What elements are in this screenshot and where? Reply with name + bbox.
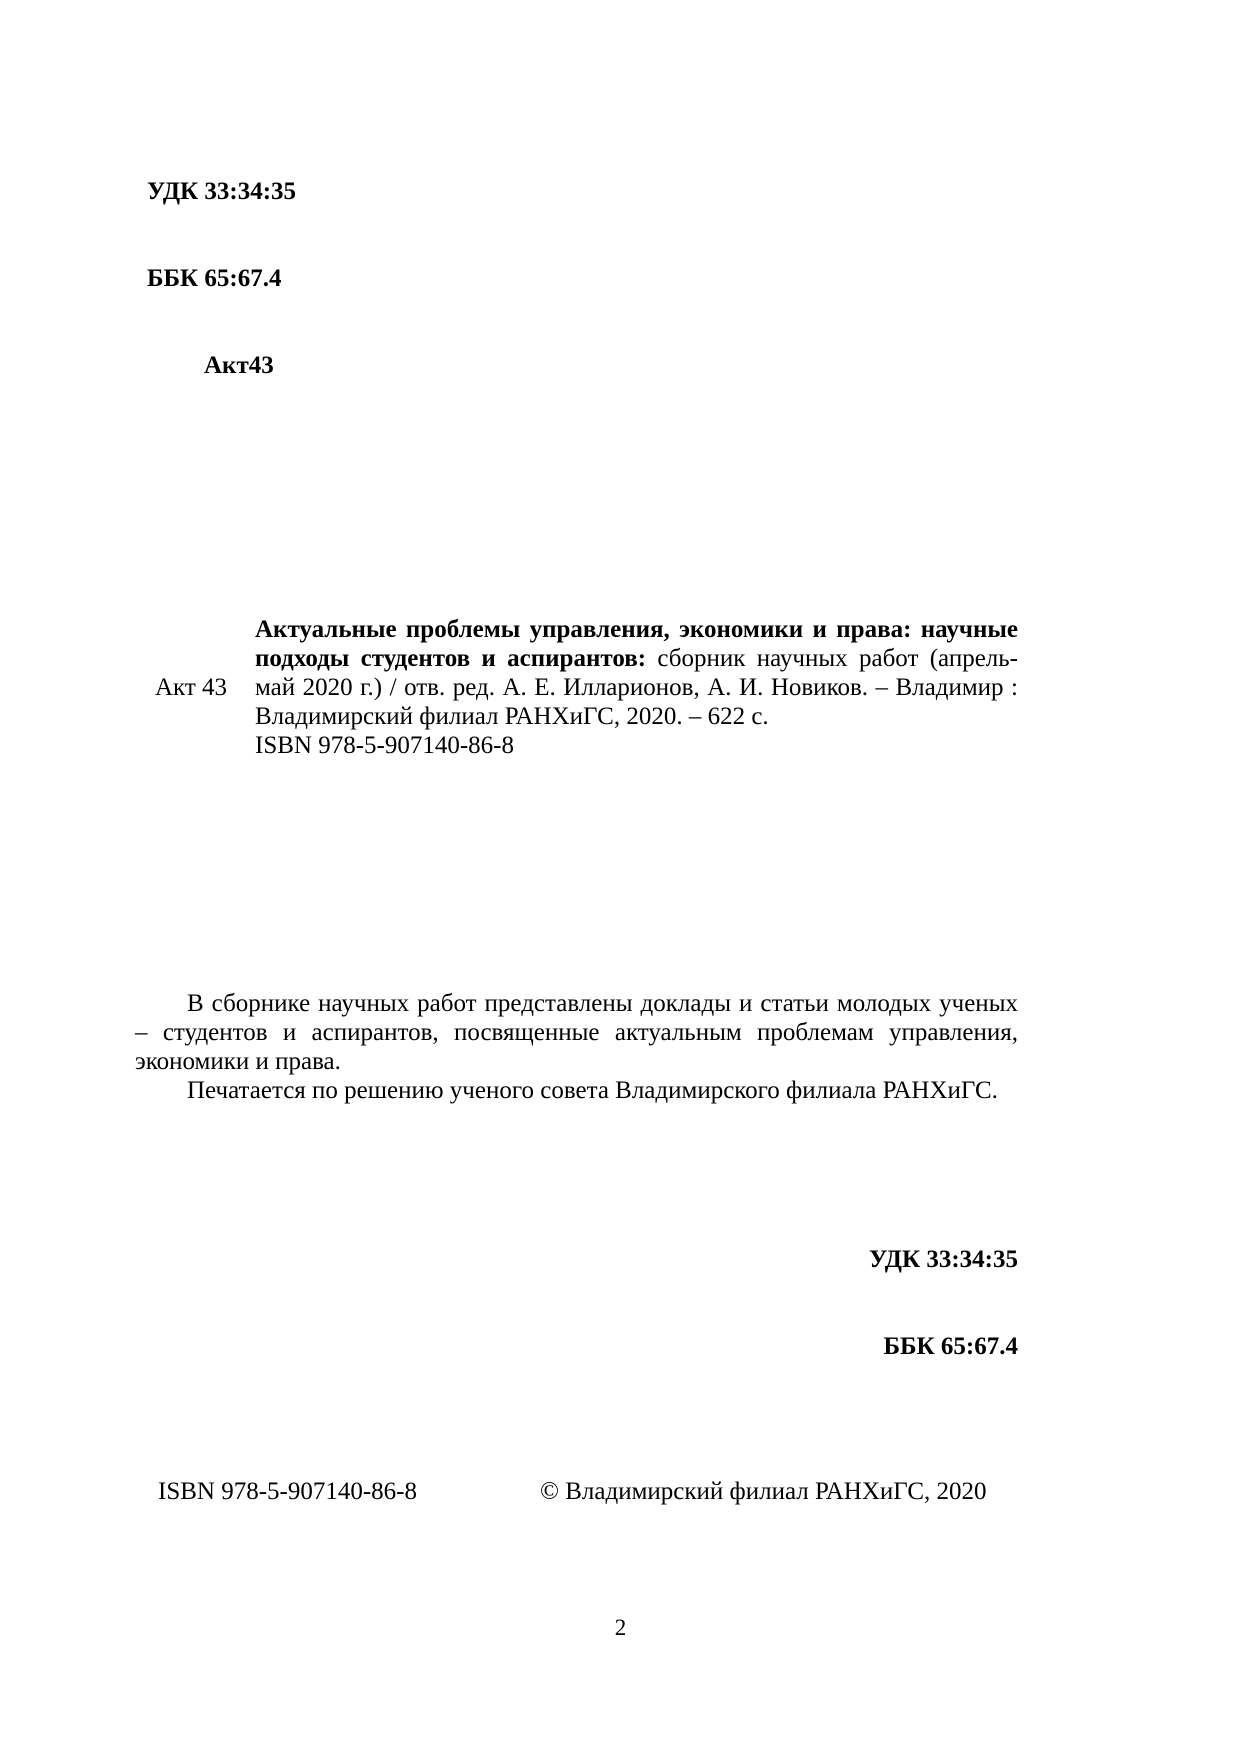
copyright-notice: © Владимирский филиал РАНХиГС, 2020 bbox=[540, 1477, 987, 1506]
annotation-block: В сборнике научных работ представлены до… bbox=[135, 989, 1018, 1105]
akt-code: Акт43 bbox=[147, 351, 296, 380]
imprint-isbn: ISBN 978-5-907140-86-8 bbox=[158, 1477, 417, 1506]
udc-block-top: УДК 33:34:35 ББК 65:67.4 Акт43 bbox=[147, 119, 296, 438]
imprint-line: ISBN 978-5-907140-86-8 © Владимирский фи… bbox=[0, 1477, 1241, 1506]
annotation-paragraph-2: Печатается по решению ученого совета Вла… bbox=[135, 1076, 1018, 1105]
document-page: УДК 33:34:35 ББК 65:67.4 Акт43 Акт 43 Ак… bbox=[0, 0, 1241, 1754]
page-number: 2 bbox=[0, 1613, 1241, 1642]
annotation-paragraph-1: В сборнике научных работ представлены до… bbox=[135, 989, 1018, 1076]
udc-block-right: УДК 33:34:35 ББК 65:67.4 bbox=[869, 1187, 1018, 1419]
bbk-code-right: ББК 65:67.4 bbox=[869, 1332, 1018, 1361]
bibliographic-entry: Акт 43 Актуальные проблемы управления, э… bbox=[150, 615, 1018, 760]
bbk-code: ББК 65:67.4 bbox=[147, 264, 296, 293]
bib-entry-label: Акт 43 bbox=[155, 673, 227, 702]
udc-code: УДК 33:34:35 bbox=[147, 177, 296, 206]
udc-code-right: УДК 33:34:35 bbox=[869, 1245, 1018, 1274]
bib-isbn: ISBN 978-5-907140-86-8 bbox=[255, 731, 1018, 760]
bib-description: Актуальные проблемы управления, экономик… bbox=[255, 615, 1018, 760]
bib-description-paragraph: Актуальные проблемы управления, экономик… bbox=[255, 615, 1018, 731]
